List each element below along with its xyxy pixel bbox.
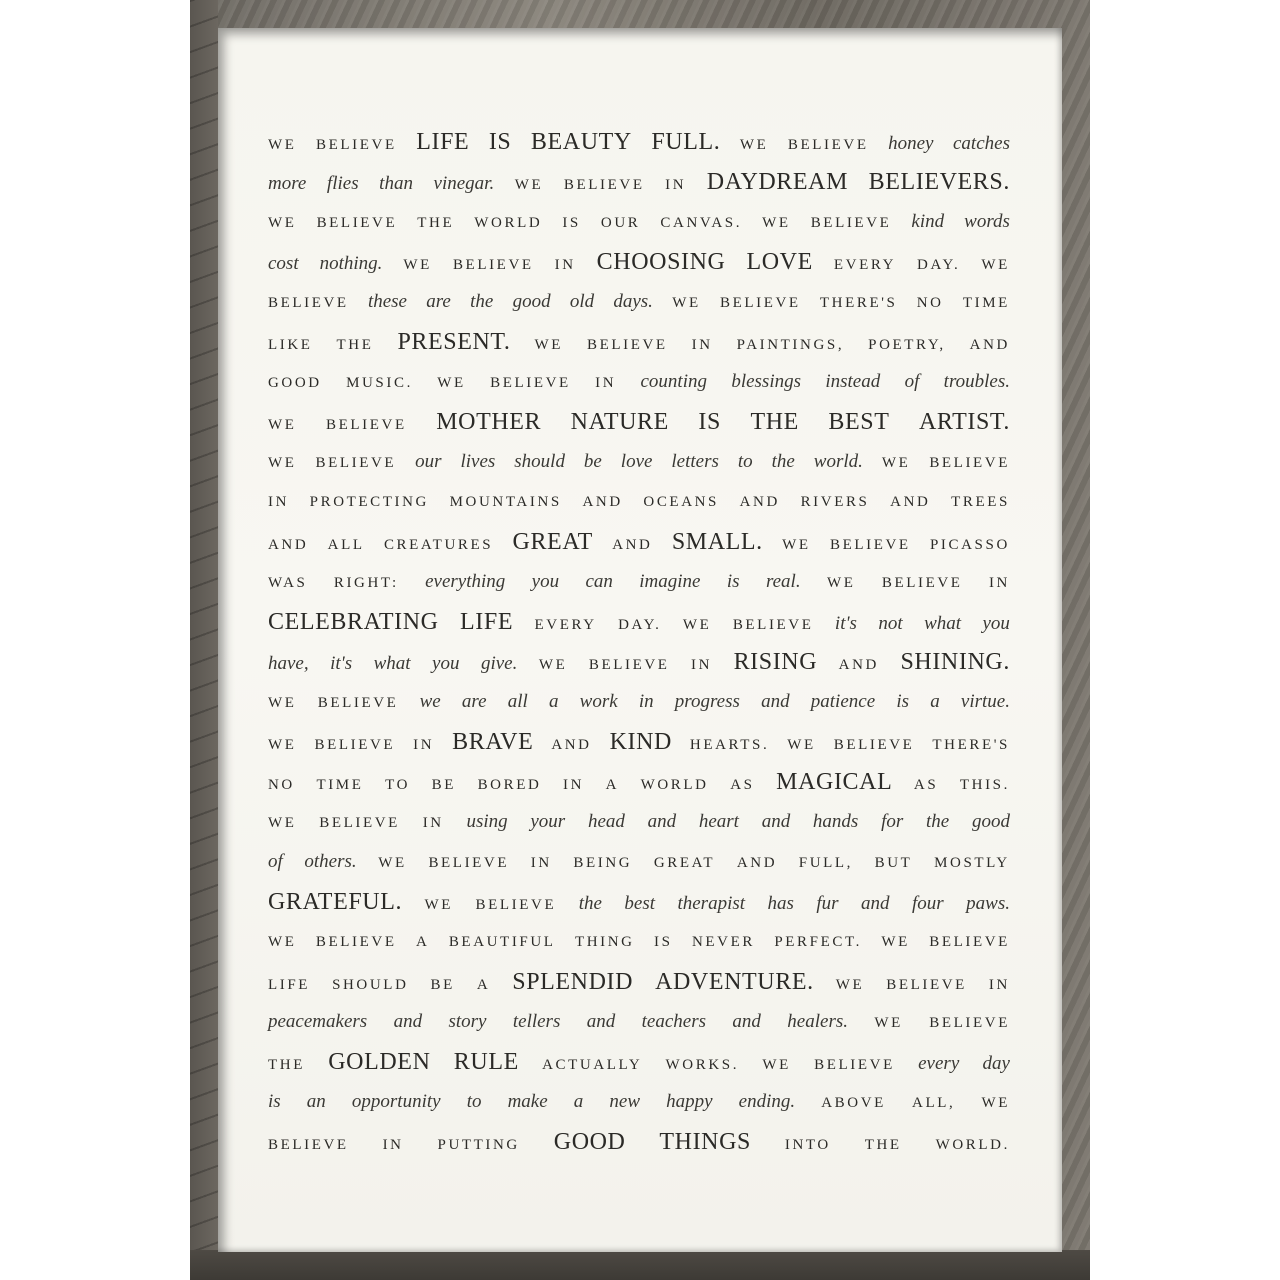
smallcaps-word: in <box>595 363 616 403</box>
italic-word: is <box>896 682 909 722</box>
italic-word: and <box>394 1002 423 1042</box>
smallcaps-word: music. <box>346 363 413 403</box>
italic-word: good <box>972 802 1010 842</box>
italic-word: peacemakers <box>268 1002 367 1042</box>
emphasis-word: BEAUTY <box>531 122 632 162</box>
smallcaps-word: and <box>612 525 652 565</box>
smallcaps-word: all <box>328 525 365 565</box>
smallcaps-word: was <box>268 563 307 603</box>
emphasis-word: IS <box>489 122 512 162</box>
smallcaps-word: and <box>839 645 879 685</box>
smallcaps-word: great <box>654 843 715 883</box>
smallcaps-word: day. <box>618 605 661 645</box>
smallcaps-word: believe <box>319 803 400 843</box>
smallcaps-word: we <box>268 405 297 445</box>
smallcaps-word: in <box>692 325 713 365</box>
emphasis-word: BEST <box>828 402 889 442</box>
smallcaps-word: we <box>268 922 297 962</box>
text-line: have,it'swhatyougive.webelieveinRISINGan… <box>268 642 1010 682</box>
italic-word: and <box>587 1002 616 1042</box>
text-line: costnothing.webelieveinCHOOSINGLOVEevery… <box>268 242 1010 282</box>
smallcaps-word: in <box>691 645 712 685</box>
italic-word: four <box>912 884 944 924</box>
italic-word: and <box>861 884 890 924</box>
text-line: webelieveLIFEISBEAUTYFULL.webelievehoney… <box>268 122 1010 162</box>
italic-word: love <box>621 442 653 482</box>
smallcaps-word: good <box>268 363 322 403</box>
smallcaps-word: in <box>989 965 1010 1005</box>
emphasis-word: ADVENTURE. <box>655 962 814 1002</box>
italic-word: healers. <box>787 1002 848 1042</box>
smallcaps-word: believe <box>882 563 963 603</box>
text-line: isanopportunitytomakeanewhappyending.abo… <box>268 1082 1010 1122</box>
smallcaps-word: rivers <box>801 482 870 522</box>
smallcaps-word: and <box>582 482 622 522</box>
smallcaps-word: this. <box>960 765 1010 805</box>
smallcaps-word: trees <box>951 482 1010 522</box>
italic-word: using <box>466 802 507 842</box>
smallcaps-word: believe <box>428 843 509 883</box>
italic-word: fur <box>816 884 838 924</box>
italic-word: progress <box>675 682 740 722</box>
smallcaps-word: day. <box>917 245 960 285</box>
text-line: goodmusic.webelieveincountingblessingsin… <box>268 362 1010 402</box>
smallcaps-word: should <box>332 965 408 1005</box>
print-paper: webelieveLIFEISBEAUTYFULL.webelievehoney… <box>218 28 1062 1252</box>
smallcaps-word: believe <box>453 245 534 285</box>
smallcaps-word: world <box>474 203 542 243</box>
italic-word: has <box>768 884 794 924</box>
italic-word: letters <box>671 442 719 482</box>
smallcaps-word: as <box>914 765 938 805</box>
italic-word: words <box>964 202 1010 242</box>
smallcaps-word: we <box>881 922 910 962</box>
smallcaps-word: believe <box>788 125 869 165</box>
smallcaps-word: we <box>981 245 1010 285</box>
smallcaps-word: the <box>268 1045 305 1085</box>
smallcaps-word: bored <box>478 765 542 805</box>
smallcaps-word: believe <box>733 605 814 645</box>
italic-word: flies <box>327 164 359 204</box>
italic-word: you <box>432 644 459 684</box>
italic-word: hands <box>813 802 858 842</box>
italic-word: in <box>639 682 654 722</box>
smallcaps-word: believe <box>814 1045 895 1085</box>
smallcaps-word: believe <box>834 725 915 765</box>
smallcaps-word: paintings, <box>737 325 845 365</box>
emphasis-word: LOVE <box>746 242 812 282</box>
smallcaps-word: to <box>385 765 410 805</box>
emphasis-word: SHINING. <box>900 642 1009 682</box>
text-line: inprotectingmountainsandoceansandriversa… <box>268 482 1010 522</box>
italic-word: should <box>514 442 565 482</box>
smallcaps-word: perfect. <box>774 922 862 962</box>
italic-word: and <box>762 802 791 842</box>
smallcaps-word: being <box>573 843 632 883</box>
smallcaps-word: the <box>865 1125 902 1165</box>
smallcaps-word: believe <box>314 725 395 765</box>
smallcaps-word: we <box>539 645 568 685</box>
smallcaps-word: mostly <box>934 843 1010 883</box>
italic-word: troubles. <box>944 362 1010 402</box>
italic-word: can <box>585 562 612 602</box>
emphasis-word: BRAVE <box>452 722 533 762</box>
italic-word: be <box>584 442 602 482</box>
italic-word: therapist <box>677 884 745 924</box>
italic-word: is <box>268 1082 281 1122</box>
smallcaps-word: in <box>423 803 444 843</box>
italic-word: the <box>470 282 493 322</box>
smallcaps-word: believe <box>811 203 892 243</box>
text-line: theGOLDENRULEactuallyworks.webelieveever… <box>268 1042 1010 1082</box>
italic-word: patience <box>811 682 875 722</box>
smallcaps-word: believe <box>315 443 396 483</box>
text-line: likethePRESENT.webelieveinpaintings,poet… <box>268 322 1010 362</box>
smallcaps-word: we <box>827 563 856 603</box>
smallcaps-word: every <box>834 245 896 285</box>
smallcaps-word: time <box>963 283 1010 323</box>
italic-word: to <box>738 442 753 482</box>
smallcaps-word: believe <box>490 363 571 403</box>
smallcaps-word: life <box>268 965 310 1005</box>
italic-word: others. <box>304 842 356 882</box>
smallcaps-word: we <box>268 803 297 843</box>
smallcaps-word: be <box>432 765 456 805</box>
emphasis-word: LIFE <box>416 122 469 162</box>
italic-word: good <box>513 282 551 322</box>
smallcaps-word: in <box>383 1125 404 1165</box>
smallcaps-word: all, <box>912 1083 955 1123</box>
emphasis-word: SMALL. <box>672 522 763 562</box>
italic-word: not <box>878 604 902 644</box>
smallcaps-word: in <box>531 843 552 883</box>
emphasis-word: THINGS <box>659 1122 751 1162</box>
italic-word: your <box>530 802 565 842</box>
italic-word: for <box>881 802 903 842</box>
text-line: lifeshouldbeaSPLENDIDADVENTURE.webelieve… <box>268 962 1010 1002</box>
smallcaps-word: works. <box>666 1045 740 1085</box>
smallcaps-word: we <box>981 1083 1010 1123</box>
italic-word: nothing. <box>320 244 383 284</box>
emphasis-word: CHOOSING <box>597 242 726 282</box>
smallcaps-word: world. <box>936 1125 1010 1165</box>
italic-word: every <box>918 1044 959 1084</box>
italic-word: it's <box>330 644 352 684</box>
smallcaps-word: we <box>762 1045 791 1085</box>
smallcaps-word: right: <box>334 563 399 603</box>
smallcaps-word: we <box>836 965 865 1005</box>
manifesto-text: webelieveLIFEISBEAUTYFULL.webelievehoney… <box>268 122 1010 1162</box>
smallcaps-word: we <box>437 363 466 403</box>
smallcaps-word: is <box>562 203 581 243</box>
smallcaps-word: protecting <box>310 482 429 522</box>
italic-word: have, <box>268 644 309 684</box>
italic-word: virtue. <box>961 682 1010 722</box>
smallcaps-word: we <box>515 165 544 205</box>
smallcaps-word: the <box>417 203 454 243</box>
emphasis-word: PRESENT. <box>397 322 510 362</box>
italic-word: than <box>379 164 413 204</box>
italic-word: instead <box>825 362 880 402</box>
smallcaps-word: a <box>477 965 490 1005</box>
italic-word: tellers <box>513 1002 561 1042</box>
smallcaps-word: we <box>740 125 769 165</box>
text-line: webelievetheworldisourcanvas.webelieveki… <box>268 202 1010 242</box>
emphasis-word: MOTHER <box>436 402 541 442</box>
italic-word: the <box>772 442 795 482</box>
text-line: webelieveourlivesshouldbeloveletterstoth… <box>268 442 1010 482</box>
italic-word: our <box>415 442 441 482</box>
italic-word: is <box>727 562 740 602</box>
smallcaps-word: every <box>535 605 597 645</box>
text-line: webelieveweareallaworkinprogressandpatie… <box>268 682 1010 722</box>
italic-word: you <box>532 562 559 602</box>
italic-word: a <box>549 682 559 722</box>
smallcaps-word: in <box>555 245 576 285</box>
italic-word: days. <box>613 282 653 322</box>
smallcaps-word: a <box>606 765 619 805</box>
smallcaps-word: hearts. <box>690 725 769 765</box>
italic-word: opportunity <box>352 1082 441 1122</box>
smallcaps-word: we <box>268 125 297 165</box>
emphasis-word: THE <box>750 402 798 442</box>
smallcaps-word: a <box>416 922 429 962</box>
italic-word: more <box>268 164 306 204</box>
italic-word: what <box>924 604 961 644</box>
italic-word: catches <box>953 124 1010 164</box>
smallcaps-word: time <box>316 765 363 805</box>
emphasis-word: KIND <box>610 722 672 762</box>
smallcaps-word: no <box>917 283 944 323</box>
text-line: wasright:everythingyoucanimagineisreal.w… <box>268 562 1010 602</box>
smallcaps-word: actually <box>542 1045 642 1085</box>
smallcaps-word: we <box>268 683 297 723</box>
smallcaps-word: we <box>268 725 297 765</box>
smallcaps-word: believe <box>316 125 397 165</box>
text-line: believethesearethegoodolddays.webelievet… <box>268 282 1010 322</box>
text-line: webelieveinusingyourheadandheartandhands… <box>268 802 1010 842</box>
italic-word: are <box>462 682 487 722</box>
smallcaps-word: beautiful <box>449 922 556 962</box>
smallcaps-word: full, <box>799 843 853 883</box>
italic-word: of <box>268 842 283 882</box>
text-line: andallcreaturesGREATandSMALL.webelievepi… <box>268 522 1010 562</box>
italic-word: the <box>926 802 949 842</box>
italic-word: honey <box>888 124 933 164</box>
smallcaps-word: picasso <box>930 525 1010 565</box>
emphasis-word: GOLDEN <box>328 1042 430 1082</box>
smallcaps-word: in <box>563 765 584 805</box>
text-line: peacemakersandstorytellersandteachersand… <box>268 1002 1010 1042</box>
smallcaps-word: believe <box>326 405 407 445</box>
smallcaps-word: believe <box>587 325 668 365</box>
smallcaps-word: thing <box>575 922 635 962</box>
italic-word: happy <box>666 1082 712 1122</box>
smallcaps-word: believe <box>317 203 398 243</box>
text-line: morefliesthanvinegar.webelieveinDAYDREAM… <box>268 162 1010 202</box>
italic-word: you <box>982 604 1009 644</box>
italic-word: a <box>930 682 940 722</box>
smallcaps-word: canvas. <box>660 203 742 243</box>
smallcaps-word: believe <box>564 165 645 205</box>
smallcaps-word: we <box>672 283 701 323</box>
italic-word: ending. <box>739 1082 795 1122</box>
smallcaps-word: our <box>601 203 640 243</box>
emphasis-word: FULL. <box>651 122 720 162</box>
italic-word: all <box>508 682 528 722</box>
smallcaps-word: there's <box>820 283 898 323</box>
smallcaps-word: is <box>654 922 673 962</box>
emphasis-word: CELEBRATING <box>268 602 439 642</box>
text-line: GRATEFUL.webelievethebesttherapisthasfur… <box>268 882 1010 922</box>
italic-word: and <box>732 1002 761 1042</box>
italic-word: story <box>448 1002 486 1042</box>
smallcaps-word: in <box>665 165 686 205</box>
smallcaps-word: we <box>762 203 791 243</box>
smallcaps-word: in <box>989 563 1010 603</box>
smallcaps-word: world <box>641 765 709 805</box>
italic-word: blessings <box>731 362 801 402</box>
smallcaps-word: believe <box>268 1125 349 1165</box>
smallcaps-word: and <box>268 525 308 565</box>
italic-word: vinegar. <box>434 164 495 204</box>
smallcaps-word: creatures <box>384 525 493 565</box>
smallcaps-word: mountains <box>450 482 562 522</box>
text-line: webelieveabeautifulthingisneverperfect.w… <box>268 922 1010 962</box>
smallcaps-word: believe <box>720 283 801 323</box>
text-line: ofothers.webelieveinbeinggreatandfull,bu… <box>268 842 1010 882</box>
smallcaps-word: believe <box>476 885 557 925</box>
italic-word: work <box>580 682 618 722</box>
smallcaps-word: never <box>692 922 755 962</box>
smallcaps-word: into <box>785 1125 831 1165</box>
italic-word: these <box>368 282 407 322</box>
italic-word: make <box>508 1082 548 1122</box>
emphasis-word: RISING <box>734 642 818 682</box>
smallcaps-word: we <box>268 203 297 243</box>
italic-word: world. <box>814 442 863 482</box>
italic-word: an <box>307 1082 326 1122</box>
smallcaps-word: we <box>534 325 563 365</box>
italic-word: and <box>761 682 790 722</box>
smallcaps-word: but <box>875 843 913 883</box>
emphasis-word: LIFE <box>460 602 513 642</box>
italic-word: the <box>579 884 602 924</box>
italic-word: heart <box>699 802 739 842</box>
text-line: webelieveMOTHERNATUREISTHEBESTARTIST. <box>268 402 1010 442</box>
text-line: webelieveinBRAVEandKINDhearts.webelievet… <box>268 722 1010 762</box>
italic-word: cost <box>268 244 299 284</box>
smallcaps-word: we <box>874 1003 903 1043</box>
smallcaps-word: we <box>268 443 297 483</box>
italic-word: lives <box>460 442 495 482</box>
smallcaps-word: and <box>740 482 780 522</box>
italic-word: to <box>467 1082 482 1122</box>
smallcaps-word: we <box>403 245 432 285</box>
smallcaps-word: there's <box>932 725 1010 765</box>
smallcaps-word: like <box>268 325 313 365</box>
smallcaps-word: believe <box>929 1003 1010 1043</box>
text-line: believeinputtingGOODTHINGSintotheworld. <box>268 1122 1010 1162</box>
smallcaps-word: believe <box>886 965 967 1005</box>
smallcaps-word: and <box>970 325 1010 365</box>
smallcaps-word: poetry, <box>868 325 946 365</box>
smallcaps-word: we <box>425 885 454 925</box>
emphasis-word: GREAT <box>513 522 593 562</box>
italic-word: real. <box>766 562 801 602</box>
emphasis-word: NATURE <box>571 402 669 442</box>
italic-word: paws. <box>966 884 1010 924</box>
italic-word: new <box>609 1082 640 1122</box>
italic-word: teachers <box>642 1002 706 1042</box>
smallcaps-word: above <box>821 1083 886 1123</box>
italic-word: of <box>905 362 920 402</box>
italic-word: we <box>420 682 441 722</box>
emphasis-word: IS <box>698 402 721 442</box>
emphasis-word: BELIEVERS. <box>869 162 1010 202</box>
smallcaps-word: as <box>730 765 754 805</box>
smallcaps-word: believe <box>268 283 349 323</box>
smallcaps-word: putting <box>438 1125 520 1165</box>
emphasis-word: GRATEFUL. <box>268 882 402 922</box>
smallcaps-word: in <box>413 725 434 765</box>
smallcaps-word: we <box>683 605 712 645</box>
italic-word: a <box>574 1082 584 1122</box>
emphasis-word: MAGICAL <box>776 762 892 802</box>
smallcaps-word: believe <box>589 645 670 685</box>
smallcaps-word: we <box>882 443 911 483</box>
smallcaps-word: believe <box>929 443 1010 483</box>
italic-word: what <box>374 644 411 684</box>
smallcaps-word: believe <box>929 922 1010 962</box>
smallcaps-word: and <box>890 482 930 522</box>
emphasis-word: RULE <box>454 1042 519 1082</box>
smallcaps-word: believe <box>316 922 397 962</box>
smallcaps-word: believe <box>830 525 911 565</box>
italic-word: and <box>648 802 677 842</box>
smallcaps-word: oceans <box>643 482 719 522</box>
smallcaps-word: and <box>551 725 591 765</box>
italic-word: it's <box>835 604 857 644</box>
emphasis-word: GOOD <box>554 1122 626 1162</box>
italic-word: best <box>624 884 655 924</box>
italic-word: kind <box>911 202 944 242</box>
smallcaps-word: in <box>268 482 289 522</box>
italic-word: imagine <box>639 562 700 602</box>
italic-word: are <box>426 282 451 322</box>
smallcaps-word: and <box>737 843 777 883</box>
text-line: CELEBRATINGLIFEeveryday.webelieveit'snot… <box>268 602 1010 642</box>
smallcaps-word: we <box>782 525 811 565</box>
smallcaps-word: believe <box>318 683 399 723</box>
smallcaps-word: we <box>787 725 816 765</box>
emphasis-word: ARTIST. <box>919 402 1010 442</box>
italic-word: give. <box>481 644 517 684</box>
italic-word: day <box>983 1044 1010 1084</box>
emphasis-word: SPLENDID <box>512 962 633 1002</box>
italic-word: everything <box>425 562 505 602</box>
smallcaps-word: no <box>268 765 295 805</box>
smallcaps-word: we <box>378 843 407 883</box>
italic-word: old <box>570 282 594 322</box>
smallcaps-word: be <box>430 965 454 1005</box>
emphasis-word: DAYDREAM <box>707 162 848 202</box>
smallcaps-word: the <box>337 325 374 365</box>
italic-word: head <box>588 802 625 842</box>
italic-word: counting <box>641 362 708 402</box>
text-line: notimetobeboredinaworldasMAGICALasthis. <box>268 762 1010 802</box>
